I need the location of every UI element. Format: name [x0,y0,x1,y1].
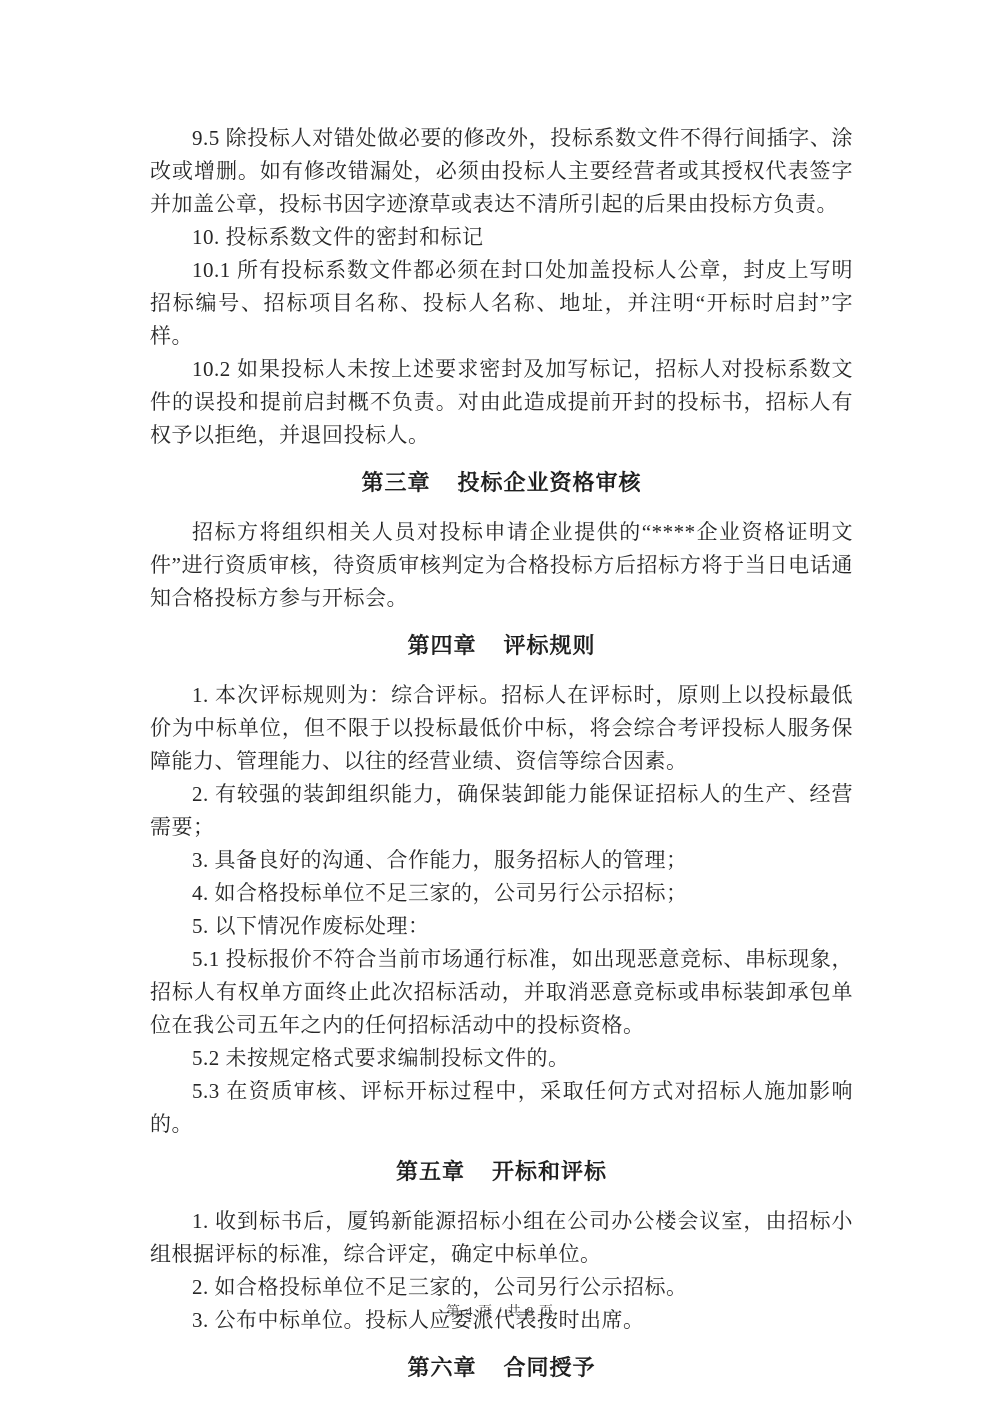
chapter-4-number: 第四章 [408,633,477,658]
chapter-4-item-5: 5. 以下情况作废标处理： [150,910,853,943]
chapter-6-heading: 第六章 合同授予 [150,1353,853,1383]
chapter-4-item-5-3: 5.3 在资质审核、评标开标过程中，采取任何方式对招标人施加影响的。 [150,1075,853,1141]
clause-9-5: 9.5 除投标人对错处做必要的修改外，投标系数文件不得行间插字、涂改或增删。如有… [150,122,853,221]
clause-10-2: 10.2 如果投标人未按上述要求密封及加写标记，招标人对投标系数文件的误投和提前… [150,353,853,452]
chapter-4-item-5-2: 5.2 未按规定格式要求编制投标文件的。 [150,1042,853,1075]
chapter-5-number: 第五章 [396,1159,465,1184]
chapter-4-heading: 第四章 评标规则 [150,631,853,661]
chapter-3-number: 第三章 [362,470,431,495]
chapter-4-item-4: 4. 如合格投标单位不足三家的，公司另行公示招标； [150,877,853,910]
chapter-3-heading: 第三章 投标企业资格审核 [150,468,853,498]
clause-10-1: 10.1 所有投标系数文件都必须在封口处加盖投标人公章，封皮上写明招标编号、招标… [150,254,853,353]
clause-10: 10. 投标系数文件的密封和标记 [150,221,853,254]
page-number: 第 4 页 / 共 8 页 [446,1305,554,1320]
chapter-4-title: 评标规则 [503,633,595,658]
chapter-3-title: 投标企业资格审核 [457,470,641,495]
chapter-6-title: 合同授予 [503,1355,595,1380]
chapter-4-item-2: 2. 有较强的装卸组织能力，确保装卸能力能保证招标人的生产、经营需要； [150,778,853,844]
chapter-5-title: 开标和评标 [492,1159,607,1184]
chapter-6-number: 第六章 [408,1355,477,1380]
page-footer: 第 4 页 / 共 8 页 [0,1303,1000,1323]
chapter-4-item-5-1: 5.1 投标报价不符合当前市场通行标准，如出现恶意竞标、串标现象，招标人有权单方… [150,943,853,1042]
chapter-4-item-1: 1. 本次评标规则为：综合评标。招标人在评标时，原则上以投标最低价为中标单位，但… [150,679,853,778]
chapter-4-item-3: 3. 具备良好的沟通、合作能力，服务招标人的管理； [150,844,853,877]
chapter-5-item-2: 2. 如合格投标单位不足三家的，公司另行公示招标。 [150,1271,853,1304]
chapter-5-heading: 第五章 开标和评标 [150,1157,853,1187]
chapter-3-intro: 招标方将组织相关人员对投标申请企业提供的“****企业资格证明文件”进行资质审核… [150,516,853,615]
chapter-5-item-1: 1. 收到标书后，厦钨新能源招标小组在公司办公楼会议室，由招标小组根据评标的标准… [150,1205,853,1271]
document-page: 9.5 除投标人对错处做必要的修改外，投标系数文件不得行间插字、涂改或增删。如有… [0,0,1000,1414]
